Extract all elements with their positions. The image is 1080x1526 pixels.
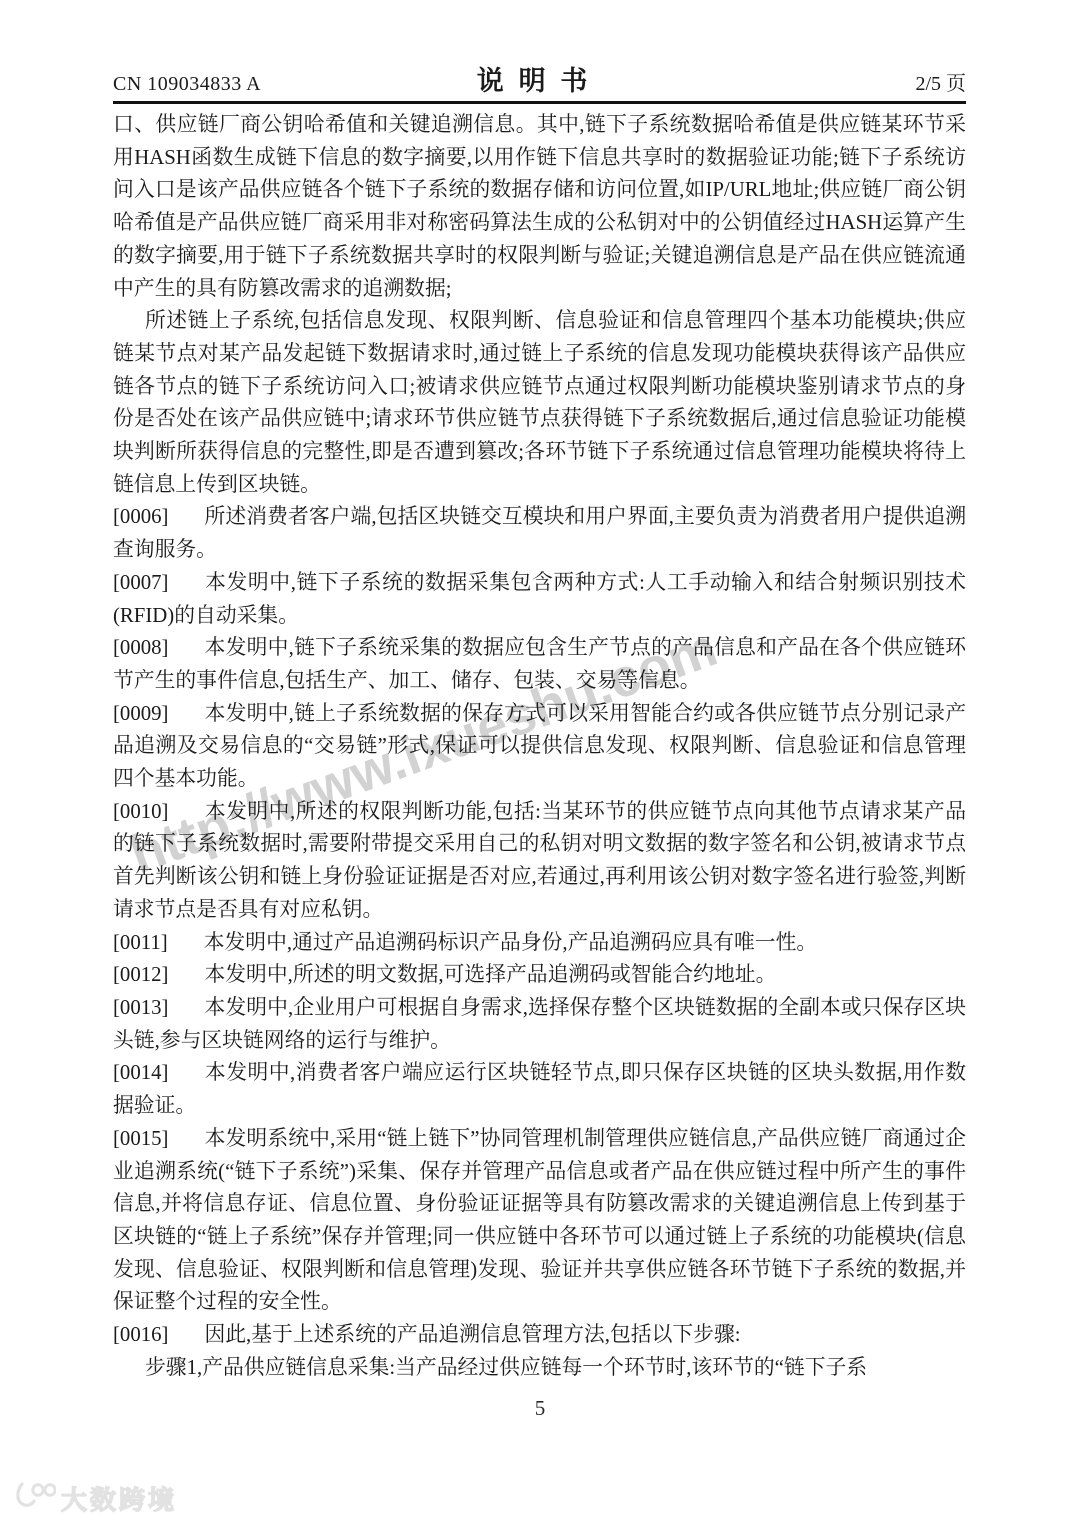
paragraph: 所述链上子系统,包括信息发现、权限判断、信息验证和信息管理四个基本功能模块;供应… xyxy=(113,305,966,501)
paragraph: [0006]所述消费者客户端,包括区块链交互模块和用户界面,主要负责为消费者用户… xyxy=(113,501,966,566)
paragraph: [0009]本发明中,链上子系统数据的保存方式可以采用智能合约或各供应链节点分别… xyxy=(113,698,966,796)
page-number: 5 xyxy=(0,1396,1080,1421)
paragraph-number: [0009] xyxy=(113,702,168,725)
dashukuajing-logo-icon xyxy=(14,1481,56,1516)
header-rule xyxy=(113,101,966,104)
paragraph-number: [0008] xyxy=(113,636,168,659)
paragraph-number: [0016] xyxy=(113,1323,168,1346)
paragraph-number: [0007] xyxy=(113,571,168,594)
paragraph-number: [0014] xyxy=(113,1061,168,1084)
page-body: CN 109034833 A 说明书 2/5 页 口、供应链厂商公钥哈希值和关键… xyxy=(113,58,966,1384)
paragraph: 口、供应链厂商公钥哈希值和关键追溯信息。其中,链下子系统数据哈希值是供应链某环节… xyxy=(113,109,966,305)
paragraph-text: 口、供应链厂商公钥哈希值和关键追溯信息。其中,链下子系统数据哈希值是供应链某环节… xyxy=(113,113,966,300)
paragraph-text: 所述消费者客户端,包括区块链交互模块和用户界面,主要负责为消费者用户提供追溯查询… xyxy=(113,505,966,561)
paragraph-text: 步骤1,产品供应链信息采集:当产品经过供应链每一个环节时,该环节的“链下子系 xyxy=(145,1356,867,1379)
paragraph-text: 本发明中,链上子系统数据的保存方式可以采用智能合约或各供应链节点分别记录产品追溯… xyxy=(113,702,966,790)
paragraph: [0012]本发明中,所述的明文数据,可选择产品追溯码或智能合约地址。 xyxy=(113,959,966,992)
paragraph: 步骤1,产品供应链信息采集:当产品经过供应链每一个环节时,该环节的“链下子系 xyxy=(113,1352,966,1385)
patent-specification-page: { "header": { "doc_number": "CN 10903483… xyxy=(0,0,1080,1526)
paragraph-number: [0015] xyxy=(113,1127,168,1150)
paragraph-text: 所述链上子系统,包括信息发现、权限判断、信息验证和信息管理四个基本功能模块;供应… xyxy=(113,309,966,496)
paragraph-text: 本发明中,通过产品追溯码标识产品身份,产品追溯码应具有唯一性。 xyxy=(204,931,818,954)
paragraph-number: [0012] xyxy=(113,963,168,986)
corner-logo: 大数跨境 xyxy=(14,1480,177,1517)
paragraph-number: [0011] xyxy=(113,931,168,954)
paragraph: [0015]本发明系统中,采用“链上链下”协同管理机制管理供应链信息,产品供应链… xyxy=(113,1123,966,1319)
paragraph-number: [0006] xyxy=(113,505,168,528)
paragraph: [0011]本发明中,通过产品追溯码标识产品身份,产品追溯码应具有唯一性。 xyxy=(113,927,966,960)
paragraph: [0016]因此,基于上述系统的产品追溯信息管理方法,包括以下步骤: xyxy=(113,1319,966,1352)
paragraph-text: 因此,基于上述系统的产品追溯信息管理方法,包括以下步骤: xyxy=(204,1323,740,1346)
paragraph-text: 本发明系统中,采用“链上链下”协同管理机制管理供应链信息,产品供应链厂商通过企业… xyxy=(113,1127,966,1314)
paragraph-number: [0013] xyxy=(113,996,168,1019)
paragraph-text: 本发明中,所述的权限判断功能,包括:当某环节的供应链节点向其他节点请求某产品的链… xyxy=(113,800,966,921)
paragraph-number: [0010] xyxy=(113,800,168,823)
paragraph: [0008]本发明中,链下子系统采集的数据应包含生产节点的产品信息和产品在各个供… xyxy=(113,632,966,697)
paragraph-text: 本发明中,链下子系统的数据采集包含两种方式:人工手动输入和结合射频识别技术(RF… xyxy=(113,571,966,627)
paragraph-text: 本发明中,消费者客户端应运行区块链轻节点,即只保存区块链的区块头数据,用作数据验… xyxy=(113,1061,966,1117)
paragraph-text: 本发明中,链下子系统采集的数据应包含生产节点的产品信息和产品在各个供应链环节产生… xyxy=(113,636,966,692)
paragraph: [0010]本发明中,所述的权限判断功能,包括:当某环节的供应链节点向其他节点请… xyxy=(113,796,966,927)
patent-number: CN 109034833 A xyxy=(113,73,261,96)
page-header: CN 109034833 A 说明书 2/5 页 xyxy=(113,58,966,100)
paragraph: [0013]本发明中,企业用户可根据自身需求,选择保存整个区块链数据的全副本或只… xyxy=(113,992,966,1057)
corner-logo-text: 大数跨境 xyxy=(61,1480,177,1517)
page-indicator: 2/5 页 xyxy=(915,67,966,96)
paragraph: [0014]本发明中,消费者客户端应运行区块链轻节点,即只保存区块链的区块头数据… xyxy=(113,1057,966,1122)
paragraph-text: 本发明中,所述的明文数据,可选择产品追溯码或智能合约地址。 xyxy=(204,963,776,986)
body-text: 口、供应链厂商公钥哈希值和关键追溯信息。其中,链下子系统数据哈希值是供应链某环节… xyxy=(113,109,966,1384)
paragraph-text: 本发明中,企业用户可根据自身需求,选择保存整个区块链数据的全副本或只保存区块头链… xyxy=(113,996,966,1052)
page-title: 说明书 xyxy=(477,59,603,98)
paragraph: [0007]本发明中,链下子系统的数据采集包含两种方式:人工手动输入和结合射频识… xyxy=(113,567,966,632)
